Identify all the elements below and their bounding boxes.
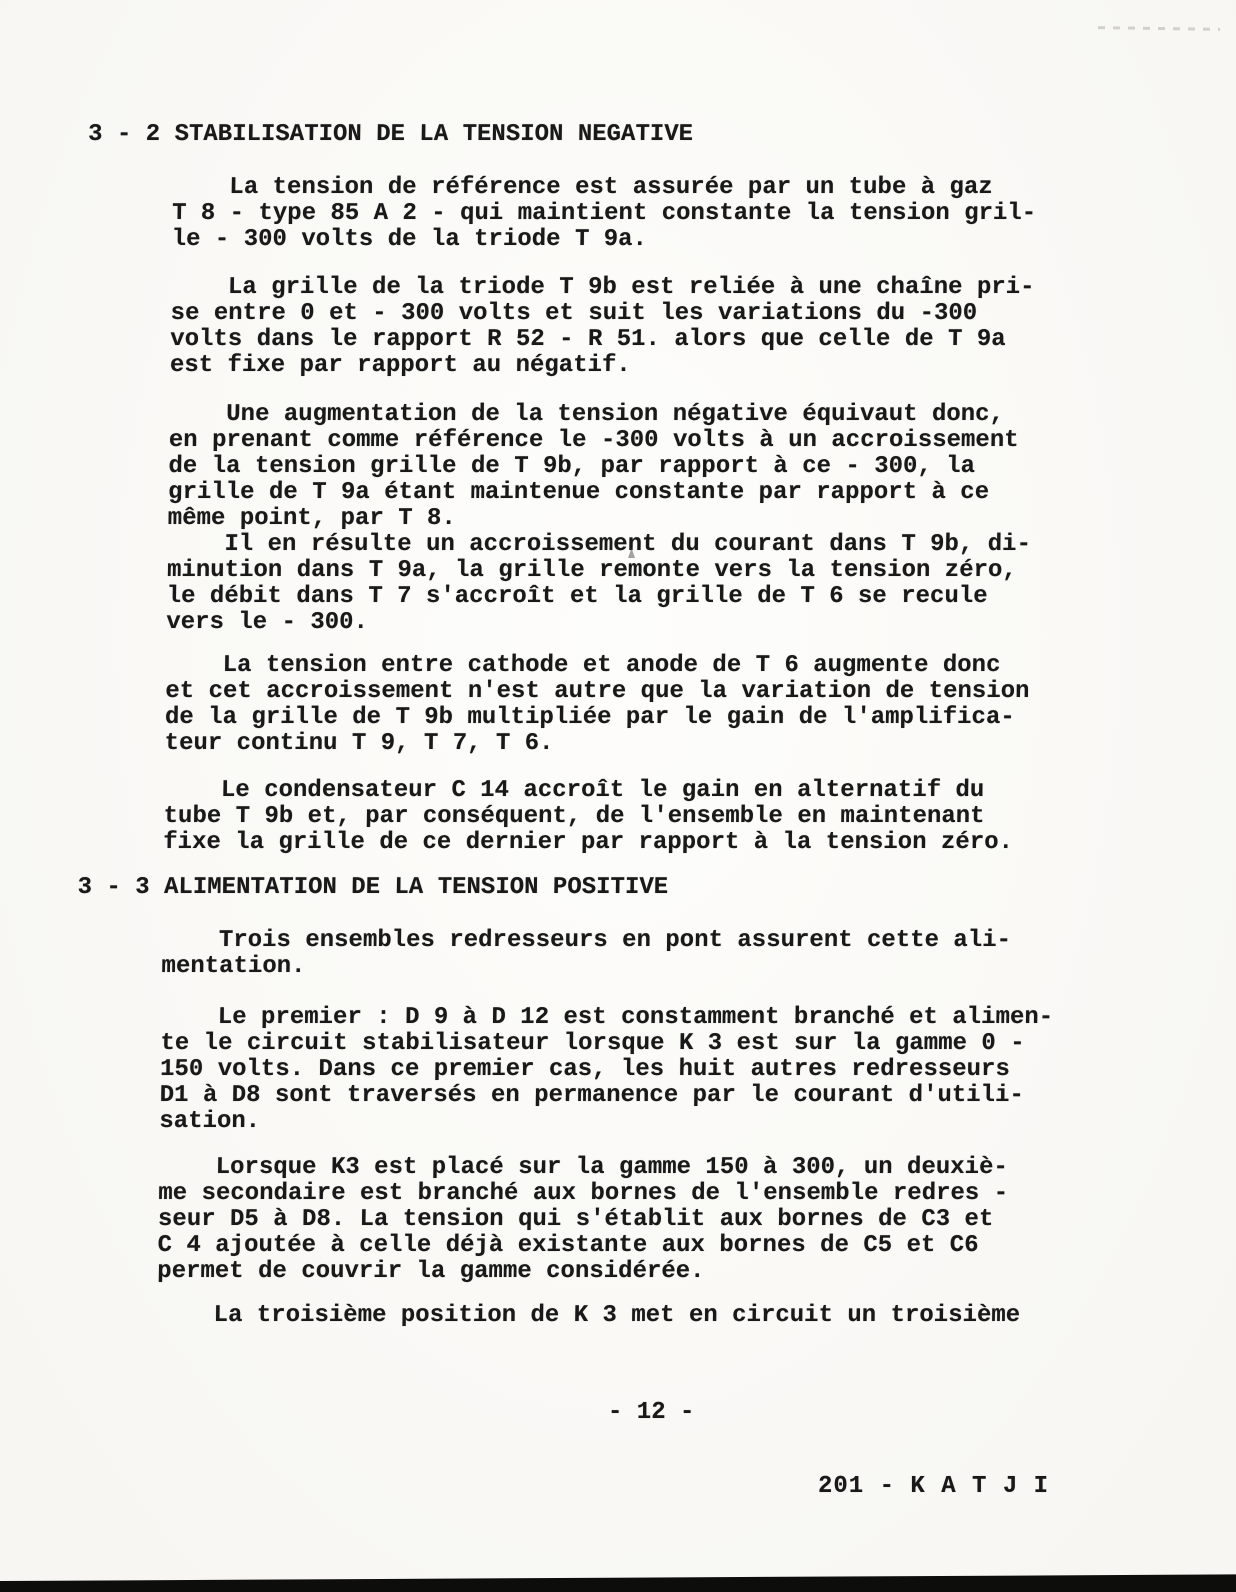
paragraph: Une augmentation de la tension négative … — [168, 402, 1085, 532]
paragraph: Trois ensembles redresseurs en pont assu… — [161, 928, 1077, 980]
paragraph: La tension entre cathode et anode de T 6… — [164, 653, 1080, 757]
paragraph: La grille de la triode T 9b est reliée à… — [170, 275, 1086, 379]
section-heading-3-2: 3 - 2 STABILISATION DE LA TENSION NEGATI… — [88, 122, 1088, 148]
paragraph: Le premier : D 9 à D 12 est constamment … — [159, 1005, 1076, 1135]
paragraph: Lorsque K3 est placé sur la gamme 150 à … — [157, 1155, 1074, 1285]
page-content: 3 - 2 STABILISATION DE LA TENSION NEGATI… — [0, 0, 1236, 1592]
scanned-document-page: 3 - 2 STABILISATION DE LA TENSION NEGATI… — [0, 0, 1236, 1592]
document-reference: 201 - K A T J I — [818, 1474, 1049, 1500]
paragraph: La troisième position de K 3 met en circ… — [156, 1303, 1071, 1329]
paragraph: Le condensateur C 14 accroît le gain en … — [163, 778, 1079, 856]
paragraph: La tension de référence est assurée par … — [171, 175, 1087, 253]
section-heading-3-3: 3 - 3 ALIMENTATION DE LA TENSION POSITIV… — [77, 875, 1077, 901]
page-number: - 12 - — [608, 1400, 694, 1426]
paragraph: Il en résulte un accroissement du couran… — [166, 532, 1082, 636]
